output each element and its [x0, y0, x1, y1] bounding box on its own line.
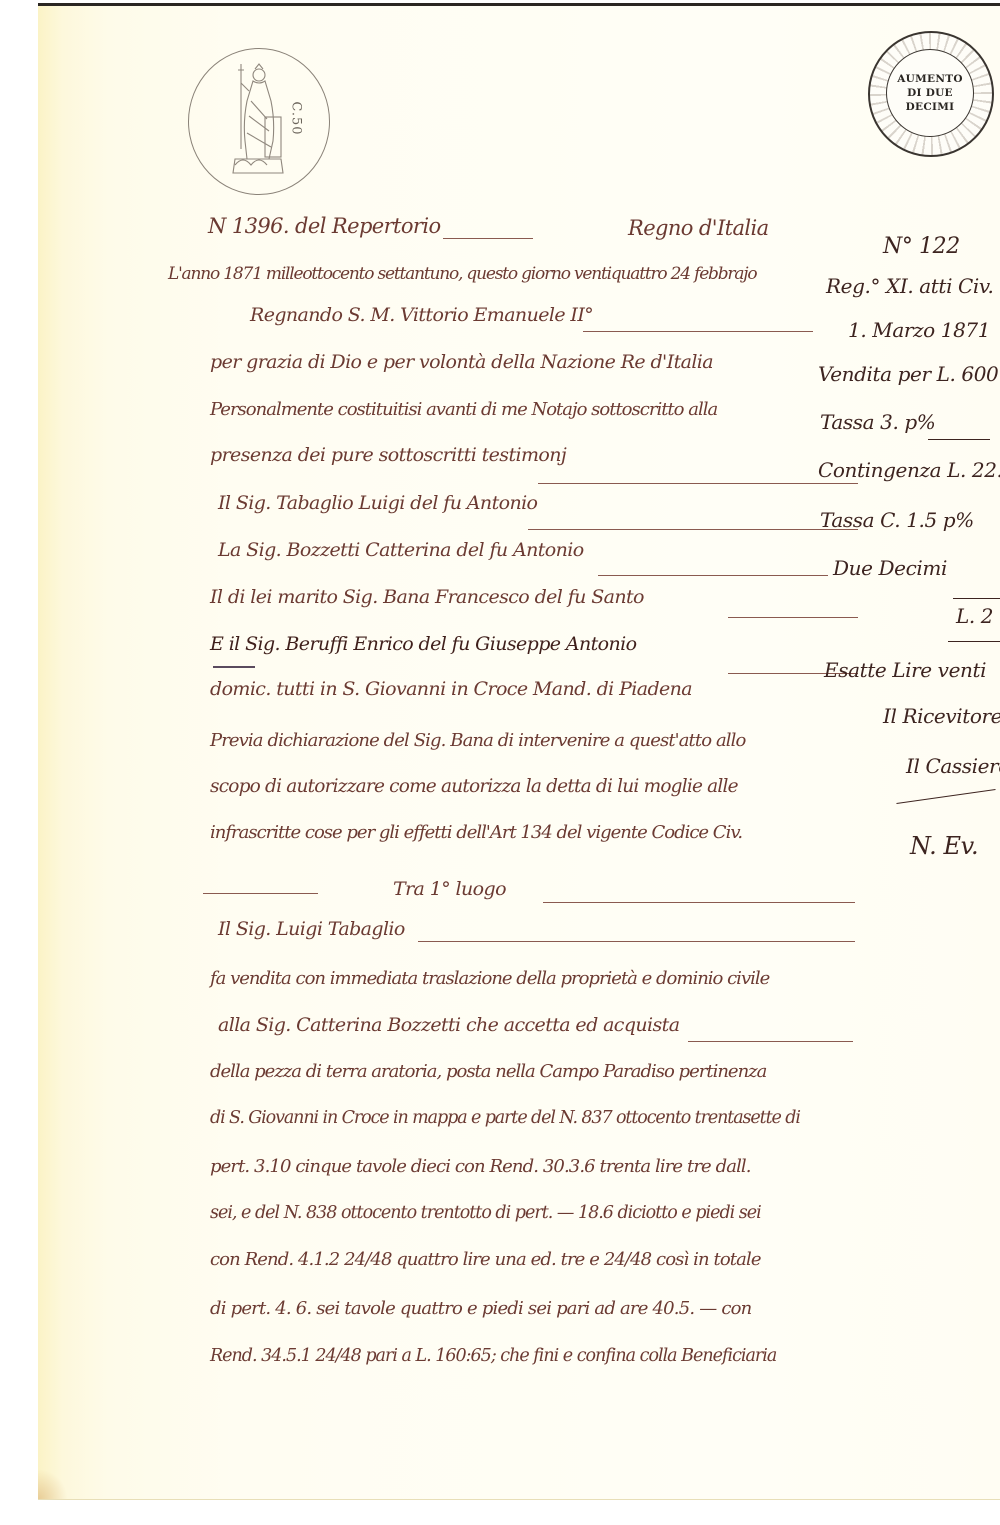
- seated-italia-figure-icon: [229, 61, 287, 183]
- margin-note: Il Ricevitore: [883, 704, 1000, 728]
- body-line: scopo di autorizzare come autorizza la d…: [210, 776, 738, 797]
- body-line: domic. tutti in S. Giovanni in Croce Man…: [210, 678, 692, 700]
- body-line: sei, e del N. 838 ottocento trentotto di…: [210, 1203, 761, 1223]
- margin-note: Vendita per L. 600: [818, 362, 998, 386]
- body-line: per grazia di Dio e per volontà della Na…: [210, 351, 713, 373]
- repertory-number: N 1396. del Repertorio: [208, 214, 441, 238]
- body-line: E il Sig. Beruffi Enrico del fu Giuseppe…: [210, 633, 636, 655]
- body-line: Rend. 34.5.1 24/48 pari a L. 160:65; che…: [210, 1346, 776, 1366]
- divider: [418, 941, 855, 942]
- stamp-line-3: DECIMI: [906, 100, 955, 114]
- tax-stamp: C.50: [188, 48, 330, 195]
- divider: [538, 483, 858, 484]
- body-line: Il Sig. Tabaglio Luigi del fu Antonio: [218, 492, 537, 514]
- margin-note: L. 2: [956, 604, 993, 628]
- body-line: di S. Giovanni in Croce in mappa e parte…: [210, 1108, 800, 1128]
- divider: [928, 439, 990, 440]
- document-page: C.50 AUMENTO DI DUE DECIMI N 1396. del R…: [38, 3, 1000, 1500]
- divider: [583, 331, 813, 332]
- margin-note: Reg.° XI. atti Civ.: [826, 274, 993, 298]
- body-line: fa vendita con immediata traslazione del…: [210, 968, 769, 989]
- deed-number: N° 122: [883, 234, 960, 259]
- body-line: Il di lei marito Sig. Bana Francesco del…: [210, 586, 644, 608]
- body-line: con Rend. 4.1.2 24/48 quattro lire una e…: [210, 1249, 761, 1270]
- divider: [896, 789, 995, 804]
- divider: [688, 1041, 853, 1042]
- margin-note: 1. Marzo 1871: [848, 318, 990, 342]
- margin-note: Il Cassiere: [906, 754, 1000, 778]
- margin-note: Esatte Lire venti: [824, 658, 986, 682]
- divider: [543, 902, 855, 903]
- surcharge-stamp-center: AUMENTO DI DUE DECIMI: [886, 49, 974, 137]
- divider: [598, 575, 828, 576]
- margin-signature: N. Ev.: [910, 832, 978, 860]
- body-line: alla Sig. Catterina Bozzetti che accetta…: [218, 1014, 679, 1036]
- body-line: La Sig. Bozzetti Catterina del fu Antoni…: [218, 539, 584, 561]
- body-line: L'anno 1871 milleottocento settantuno, q…: [168, 264, 756, 284]
- body-line: Previa dichiarazione del Sig. Bana di in…: [210, 730, 745, 751]
- body-line: di pert. 4. 6. sei tavole quattro e pied…: [210, 1298, 751, 1319]
- body-line: Il Sig. Luigi Tabaglio: [218, 918, 405, 940]
- margin-note: Tassa C. 1.5 p%: [820, 508, 974, 532]
- body-line: infrascritte cose per gli effetti dell'A…: [210, 822, 742, 843]
- body-line: Tra 1° luogo: [393, 878, 506, 900]
- margin-note: Contingenza L. 22.5: [818, 458, 1000, 482]
- divider: [948, 641, 1000, 642]
- stamp-line-1: AUMENTO: [897, 72, 963, 86]
- body-line: Personalmente costituitisi avanti di me …: [210, 399, 717, 420]
- margin-note: Due Decimi: [833, 556, 947, 580]
- body-line: pert. 3.10 cinque tavole dieci con Rend.…: [210, 1156, 751, 1177]
- divider: [528, 529, 858, 530]
- margin-note: Tassa 3. p%: [820, 410, 935, 434]
- divider: [953, 598, 1000, 599]
- body-line: presenza dei pure sottoscritti testimonj: [210, 444, 566, 466]
- kingdom-heading: Regno d'Italia: [628, 216, 769, 240]
- divider: [728, 617, 858, 618]
- stamp-line-2: DI DUE: [907, 86, 953, 100]
- body-line: Regnando S. M. Vittorio Emanuele II°: [250, 304, 593, 326]
- divider: [213, 666, 255, 668]
- body-line: della pezza di terra aratoria, posta nel…: [210, 1061, 766, 1082]
- divider: [443, 238, 533, 239]
- stamp-value: C.50: [288, 101, 303, 135]
- surcharge-stamp: AUMENTO DI DUE DECIMI: [868, 31, 994, 157]
- divider: [203, 893, 318, 894]
